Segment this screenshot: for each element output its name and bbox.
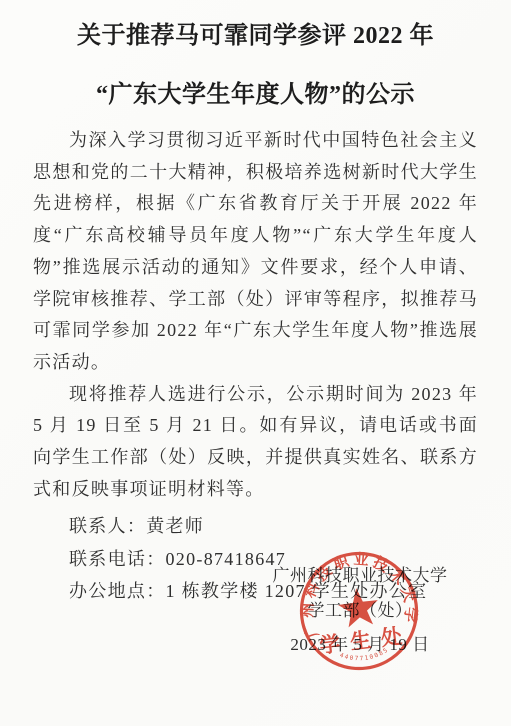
doc-title-line-1: 关于推荐马可霏同学参评 2022 年 [33,14,478,59]
signature-date: 2023 年 5 月 19 日 [250,628,470,663]
paragraph-publicity-period: 现将推荐人选进行公示，公示期时间为 2023 年 5 月 19 日至 5 月 2… [33,379,478,506]
announcement-body: 关于推荐马可霏同学参评 2022 年 “广东大学生年度人物”的公示 为深入学习贯… [33,0,478,608]
doc-title-line-2: “广东大学生年度人物”的公示 [33,73,478,118]
paragraph-intro: 为深入学习贯彻习近平新时代中国特色社会主义思想和党的二十大精神，积极培养选树新时… [33,125,478,379]
document-page: 关于推荐马可霏同学参评 2022 年 “广东大学生年度人物”的公示 为深入学习贯… [0,0,511,726]
body-paragraphs: 为深入学习贯彻习近平新时代中国特色社会主义思想和党的二十大精神，积极培养选树新时… [33,125,478,505]
signature-block: 广州科技职业技术大学 学工部（处） 2023 年 5 月 19 日 [250,559,470,663]
contact-person-line: 联系人：黄老师 [33,510,478,543]
signature-org: 广州科技职业技术大学 [250,559,470,594]
signature-dept: 学工部（处） [250,594,470,629]
